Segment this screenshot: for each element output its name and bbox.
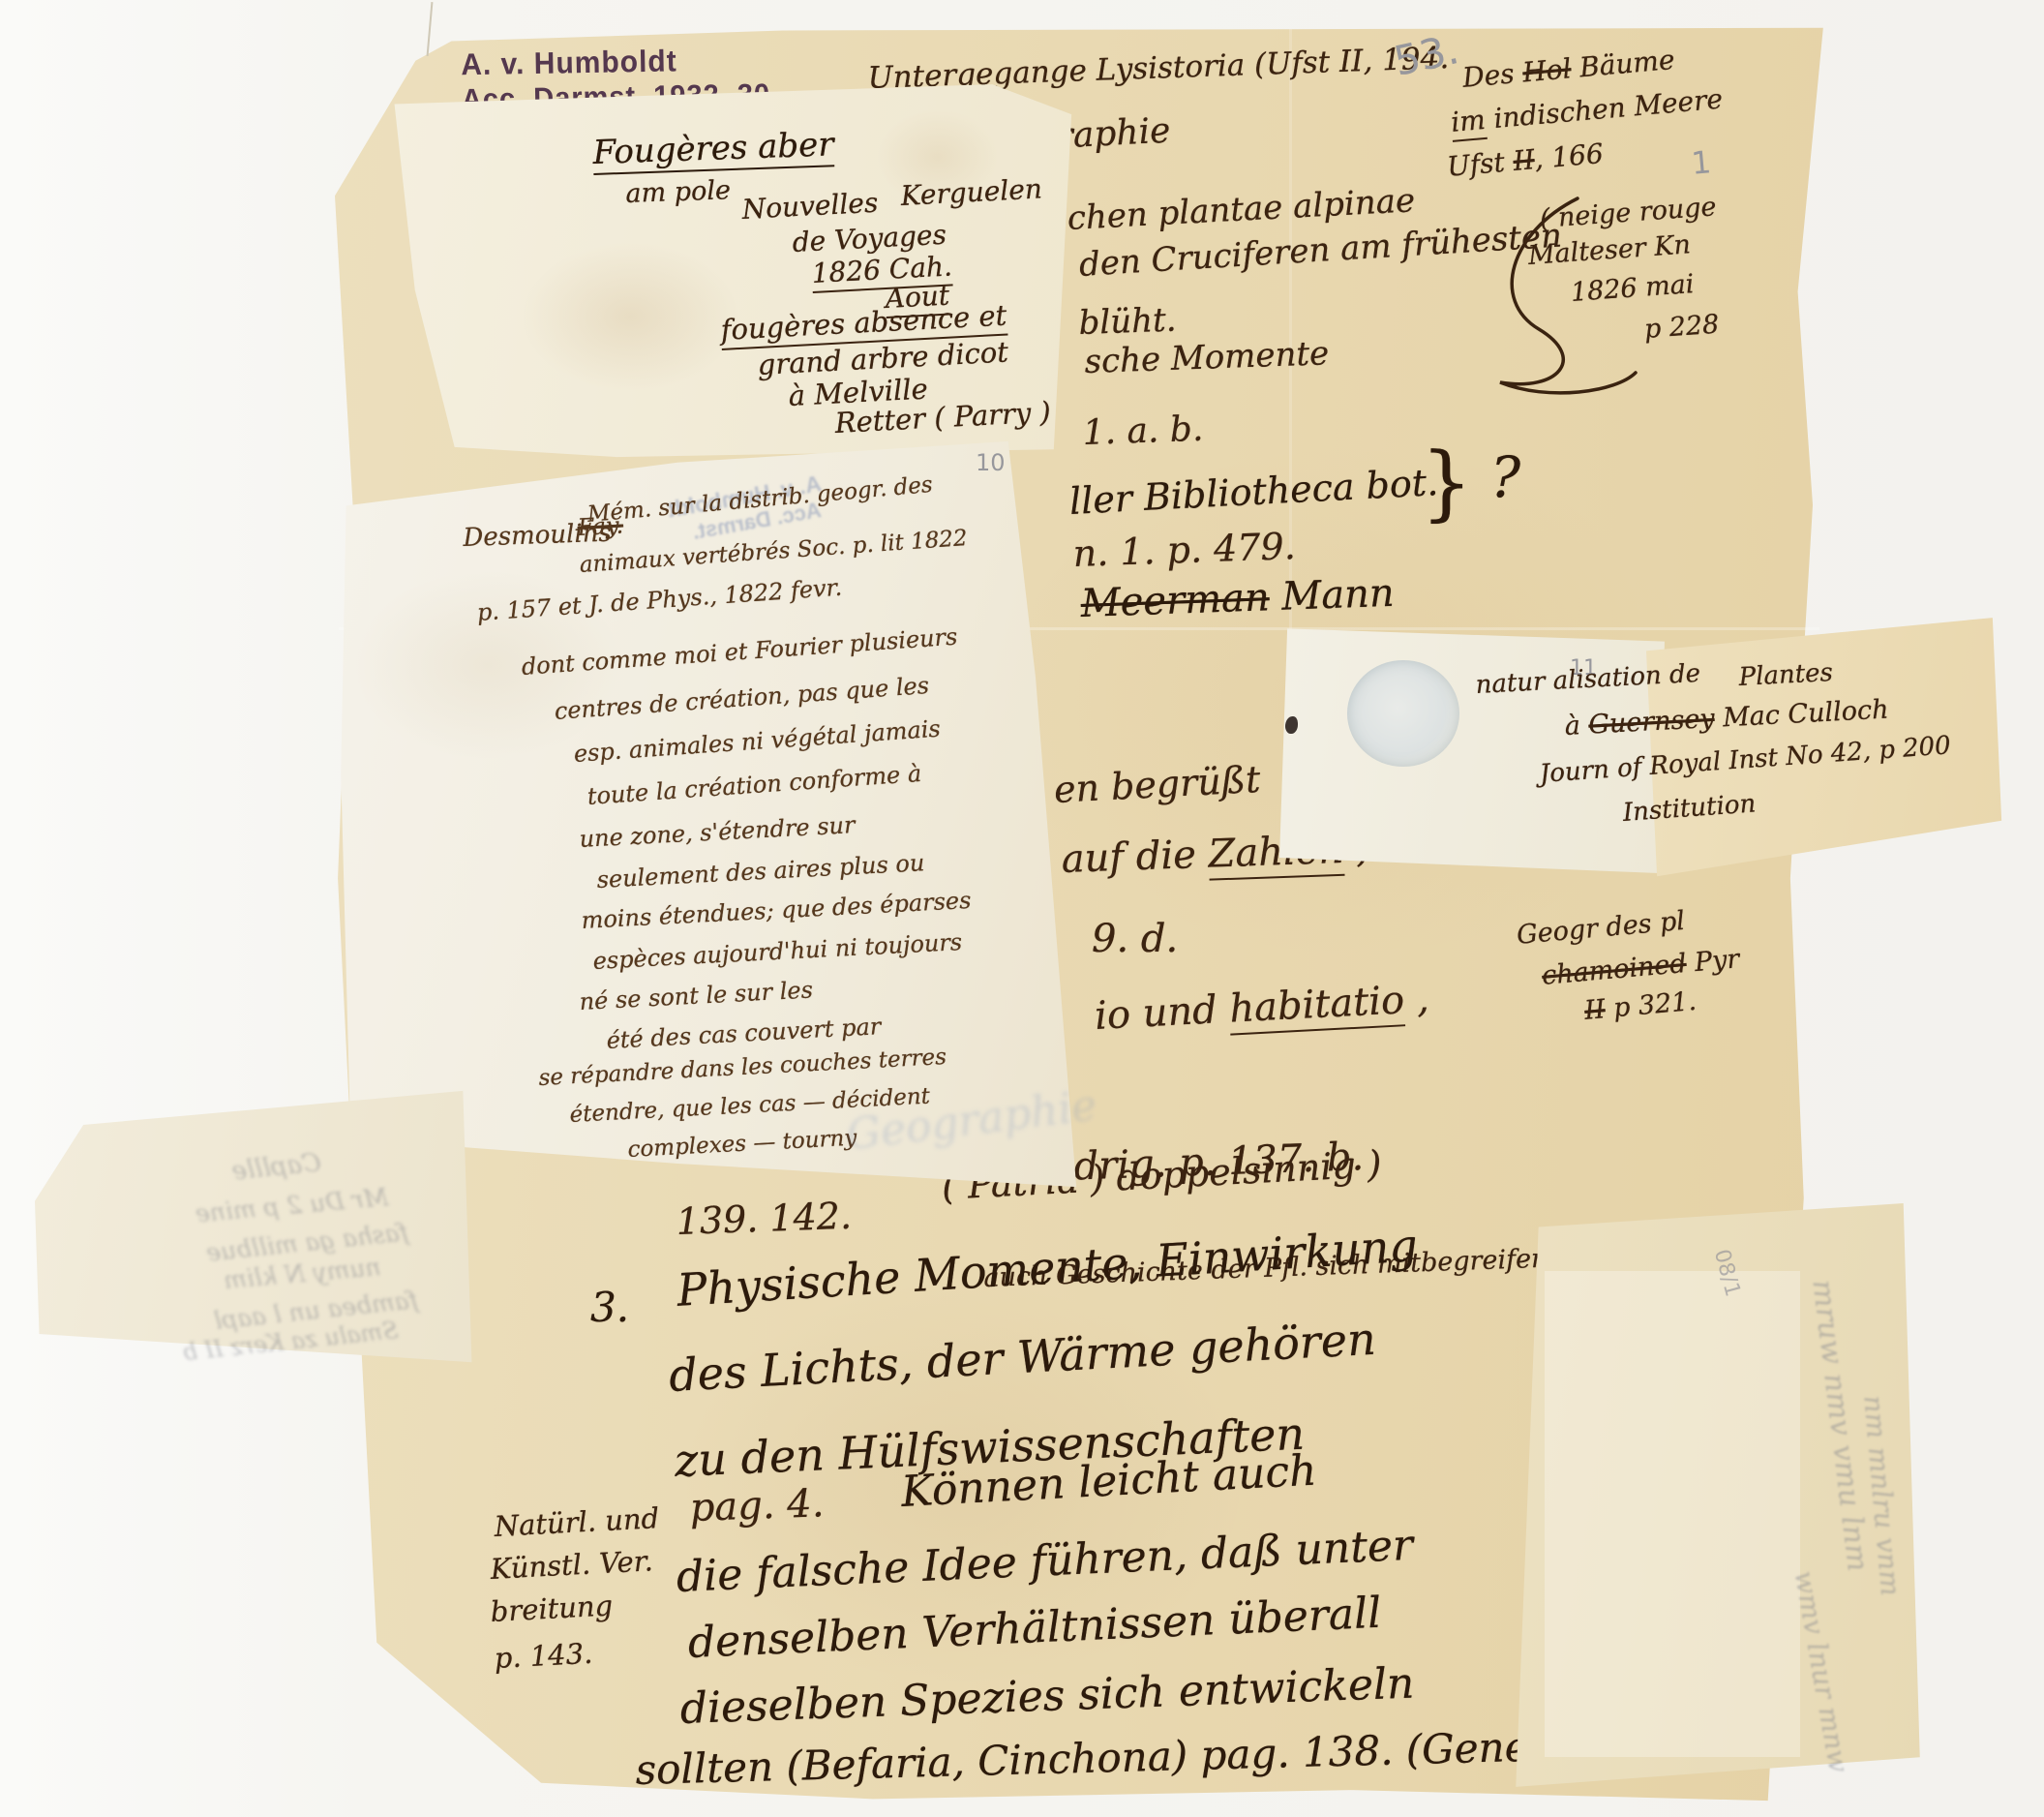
tr-l3a: Ufst — [1446, 145, 1515, 183]
habitatio-pre: io und — [1094, 987, 1231, 1039]
p479-line: n. 1. p. 479. — [1072, 527, 1296, 575]
pencil-number-10: 10 — [976, 449, 1006, 476]
struck-name: Meerman — [1080, 575, 1270, 626]
alpinae-line3: blüht. — [1078, 302, 1177, 342]
pencil-number-1: 1 — [1690, 143, 1713, 182]
patria-numbers: 139. 142. — [676, 1196, 853, 1243]
guernsey-line1b: Plantes — [1738, 659, 1834, 692]
slip-guernsey-white — [1277, 623, 1668, 881]
geogr-pyr: Pyr — [1685, 944, 1740, 979]
paper-blister — [1347, 660, 1459, 767]
neige-line4: p 228 — [1643, 311, 1720, 345]
struck-name-post: Mann — [1269, 571, 1396, 620]
zahlen-pre: auf die — [1061, 833, 1209, 882]
margin-line4: p. 143. — [494, 1639, 593, 1675]
brace-glyph: } — [1421, 438, 1472, 527]
habitatio-post: , — [1403, 977, 1430, 1022]
slip-fold-panel — [1545, 1271, 1800, 1757]
section3-number: 3. — [590, 1286, 629, 1330]
pag4-label: pag. 4. — [689, 1482, 825, 1529]
stamp-line1: A. v. Humboldt — [461, 43, 770, 83]
tr-pre: Des — [1461, 57, 1524, 94]
tr-l2a: im — [1450, 104, 1488, 142]
momente-line: sche Momente — [1084, 336, 1330, 380]
manuscript-scan: A. v. Humboldt Acc. Darmst. 1932. 30 No.… — [0, 0, 2044, 1817]
tr-l3b: II — [1512, 143, 1536, 177]
paper-fiber — [427, 2, 434, 56]
tr-struck: Hol — [1521, 52, 1573, 88]
habitatio-word: habitatio — [1228, 978, 1405, 1035]
tr-l3c: , 166 — [1533, 137, 1605, 175]
fougeres-line2: am pole — [625, 176, 731, 208]
nined-line: 9. d. — [1092, 918, 1178, 960]
guernsey-a: à — [1564, 711, 1589, 742]
fougeres-title: Fougères aber — [592, 127, 834, 175]
margin-line3: breitung — [490, 1590, 614, 1627]
ab-line: 1. a. b. — [1082, 410, 1204, 453]
question-mark: ? — [1490, 447, 1520, 509]
